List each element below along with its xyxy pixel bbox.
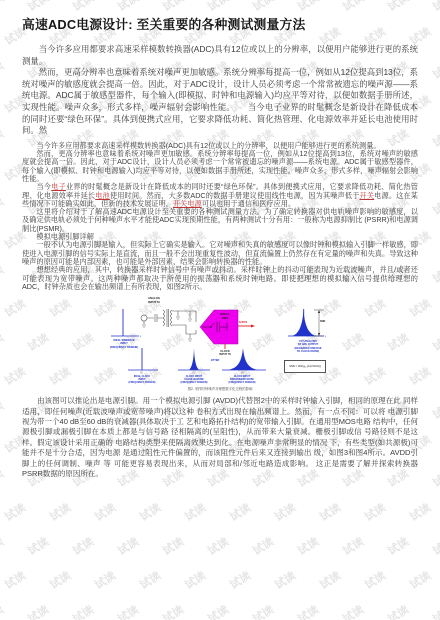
body-before-figure: 当今许多应用都要求高速采样模数转换器(ADC)具有12位或以上的分辨率，以便用户… bbox=[22, 142, 418, 291]
fft-analysis-label: FFT ANALYSIS OF ADC OUTPUT (DEGRADED SNR… bbox=[285, 340, 331, 353]
watermark: 试读 bbox=[204, 601, 231, 620]
watermark: 试读 bbox=[0, 601, 7, 620]
jitter-label: JITTER bbox=[205, 359, 225, 362]
spectrum-label-ideal-clock: IDEAL CLOCK INPUT (FREQUENCY DOMAIN) bbox=[122, 375, 162, 384]
watermark: 试读 bbox=[226, 567, 253, 592]
watermark: 试读 bbox=[339, 533, 366, 558]
watermark: 试读 bbox=[69, 601, 96, 620]
watermark: 试读 bbox=[91, 567, 118, 592]
body-paragraph: 这里将介绍对于了解高速ADC电源设计至关重要的各种测试测量方法。为了确定转换器对… bbox=[22, 208, 418, 233]
body-paragraph: 然而，更高分辨率也意味着系统对噪声更加敏感。系统分辨率每提高一位，例如从12位提… bbox=[22, 150, 418, 183]
watermark: 试读 bbox=[361, 499, 388, 524]
page-title: 高速ADC电源设计: 至关重要的各种测试测量方法 bbox=[22, 14, 418, 33]
watermark: 试读 bbox=[294, 533, 321, 558]
watermark: 试读 bbox=[226, 499, 253, 524]
watermark: 试读 bbox=[294, 601, 321, 620]
document-page: 试读试读试读试读试读试读试读试读试读试读试读试读试读试读试读试读试读试读试读试读… bbox=[0, 0, 440, 620]
text-run: 由该图可以推论出是电源引脚。用一个模拟电源引脚 (AVDD)代替图2中的采样时钟… bbox=[22, 396, 418, 478]
clock-spectra bbox=[128, 348, 266, 370]
watermark: 试读 bbox=[136, 567, 163, 592]
watermark: 试读 bbox=[249, 533, 276, 558]
watermark: 试读 bbox=[159, 601, 186, 620]
output-bits-label: N BITS bbox=[239, 321, 255, 324]
watermark: 试读 bbox=[406, 499, 433, 524]
watermark: 试读 bbox=[159, 533, 186, 558]
watermark: 试读 bbox=[24, 533, 51, 558]
ideal-sinewave-spectrum bbox=[111, 309, 139, 336]
abstract-paragraph: 然而，更高分辨率也意味着系统对噪声更加敏感。系统分辨率每提高一位，例如从12位提… bbox=[22, 67, 418, 137]
transformer-input-circuit bbox=[141, 309, 196, 341]
analog-input-label: ANALOG INPUT fA bbox=[136, 297, 172, 304]
watermark: 试读 bbox=[316, 567, 343, 592]
watermark: 试读 bbox=[1, 567, 28, 592]
clock-input-label: CLOCK INPUT fS bbox=[209, 350, 241, 357]
figure-caption: 图2. 采样时钟噪声对理想数字化过程的影响 bbox=[105, 386, 335, 391]
text-run: 然而，更高分辨率也意味着系统对噪声更加敏感。系统分辨率每提高一位，例如从12位提… bbox=[22, 149, 418, 183]
abstract-paragraph: 当今许多应用都要求高速采样模数转换器(ADC)具有12位或以上的分辨率，以便用户… bbox=[22, 44, 418, 67]
watermark: 试读 bbox=[406, 567, 433, 592]
text-run: 一般不认为电源引脚是输入，但实际上它确实是输入。它对噪声和失真的敏感度可以像时钟… bbox=[22, 240, 418, 266]
watermark: 试读 bbox=[316, 499, 343, 524]
body-paragraph: 当今电子业界的时髦概念是新设计在降低成本的同时还要“绿色环保”。具体到便携式应用… bbox=[22, 183, 418, 208]
watermark: 试读 bbox=[46, 567, 73, 592]
watermark: 试读 bbox=[69, 533, 96, 558]
watermark: 试读 bbox=[249, 601, 276, 620]
text-run: 想想经典的应用，其中，转换器采样时钟信号中有噪声或抖动。采样时钟上的抖动可能表现… bbox=[22, 265, 418, 291]
body-paragraph: 想想经典的应用，其中，转换器采样时钟信号中有噪声或抖动。采样时钟上的抖动可能表现… bbox=[22, 266, 418, 291]
watermark: 试读 bbox=[204, 533, 231, 558]
abstract-block: 当今许多应用都要求高速采样模数转换器(ADC)具有12位或以上的分辨率，以便用户… bbox=[22, 44, 418, 137]
snr-label: SNR bbox=[320, 320, 332, 323]
spectrum-label-close-in: CLOCK INPUT CLOSE-IN NOISE (FREQUENCY DO… bbox=[174, 375, 214, 384]
figure-2-wrap: f bbox=[105, 296, 335, 391]
figure-2: f bbox=[108, 296, 332, 384]
watermark: 试读 bbox=[91, 499, 118, 524]
freq-axis-label: f bbox=[325, 335, 326, 339]
watermark: 试读 bbox=[136, 499, 163, 524]
watermark: 试读 bbox=[384, 533, 411, 558]
body-after-figure: 由该图可以推论出是电源引脚。用一个模拟电源引脚 (AVDD)代替图2中的采样时钟… bbox=[22, 396, 418, 479]
watermark: 试读 bbox=[339, 601, 366, 620]
body-paragraph: 由该图可以推论出是电源引脚。用一个模拟电源引脚 (AVDD)代替图2中的采样时钟… bbox=[22, 396, 418, 479]
watermark: 试读 bbox=[429, 601, 440, 620]
watermark: 试读 bbox=[181, 567, 208, 592]
body-paragraph: 一般不认为电源引脚是输入，但实际上它确实是输入。它对噪声和失真的敏感度可以像时钟… bbox=[22, 241, 418, 266]
watermark: 试读 bbox=[46, 499, 73, 524]
watermark: 试读 bbox=[24, 601, 51, 620]
watermark: 试读 bbox=[384, 601, 411, 620]
watermark: 试读 bbox=[181, 499, 208, 524]
fft-output-spectrum bbox=[288, 309, 324, 336]
ideal-sinewave-label: IDEAL SINEWAVE INPUT (FREQUENCY DOMAIN) bbox=[105, 339, 143, 349]
watermark: 试读 bbox=[271, 567, 298, 592]
spectrum-label-broadband: CLOCK INPUT BROADBAND NOISE (FREQUENCY D… bbox=[218, 375, 266, 384]
freq-axis-label: f bbox=[140, 335, 141, 339]
text-run: 这里将介绍对于了解高速ADC电源设计至关重要的各种测试测量方法。为了确定转换器对… bbox=[22, 207, 418, 233]
text-run: 然而，更高分辨率也意味着系统对噪声更加敏感。系统分辨率每提高一位，例如从12位提… bbox=[22, 67, 418, 135]
watermark: 试读 bbox=[114, 533, 141, 558]
watermark: 试读 bbox=[114, 601, 141, 620]
text-run: 当今许多应用都要求高速采样模数转换器(ADC)具有12位或以上的分辨率，以便用户… bbox=[22, 44, 418, 66]
watermark: 试读 bbox=[1, 499, 28, 524]
watermark: 试读 bbox=[271, 499, 298, 524]
snr-formula: SNR = 20log₁₀ [1/(2πfAtJ)] bbox=[284, 360, 326, 373]
watermark: 试读 bbox=[361, 567, 388, 592]
inline-link[interactable]: 开关 bbox=[360, 191, 375, 200]
watermark: 试读 bbox=[429, 533, 440, 558]
watermark: 试读 bbox=[0, 533, 7, 558]
document-content: 高速ADC电源设计: 至关重要的各种测试测量方法 当今许多应用都要求高速采样模数… bbox=[0, 0, 440, 479]
ideal-adc-label: IDEAL ADC bbox=[213, 312, 237, 320]
